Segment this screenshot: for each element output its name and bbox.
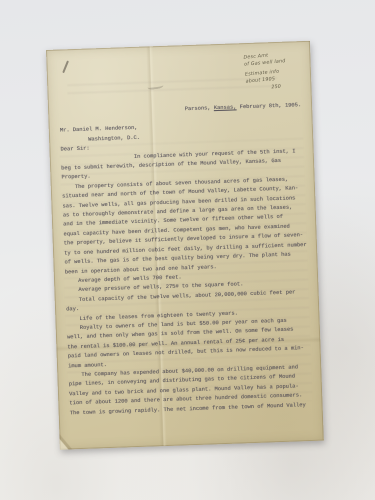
letter-body: In compliance with your request of the 5…: [61, 147, 314, 419]
letter-text: Parsons, Kansas, February 8th, 1905. Mr.…: [59, 101, 314, 418]
date-rest: February 8th, 1905.: [236, 102, 301, 110]
date-place: Parsons,: [185, 105, 214, 112]
letter-paper: Desc Amtof Gas well landEstimate infoabo…: [46, 41, 324, 450]
pencil-tally-mark: [62, 60, 69, 73]
paper-fold-corner: [57, 416, 104, 450]
date-state: Kansas,: [214, 104, 237, 111]
photo-backdrop: Desc Amtof Gas well landEstimate infoabo…: [0, 0, 375, 500]
handwritten-note: Desc Amtof Gas well landEstimate infoabo…: [243, 49, 306, 93]
date-line: Parsons, Kansas, February 8th, 1905.: [59, 101, 303, 119]
